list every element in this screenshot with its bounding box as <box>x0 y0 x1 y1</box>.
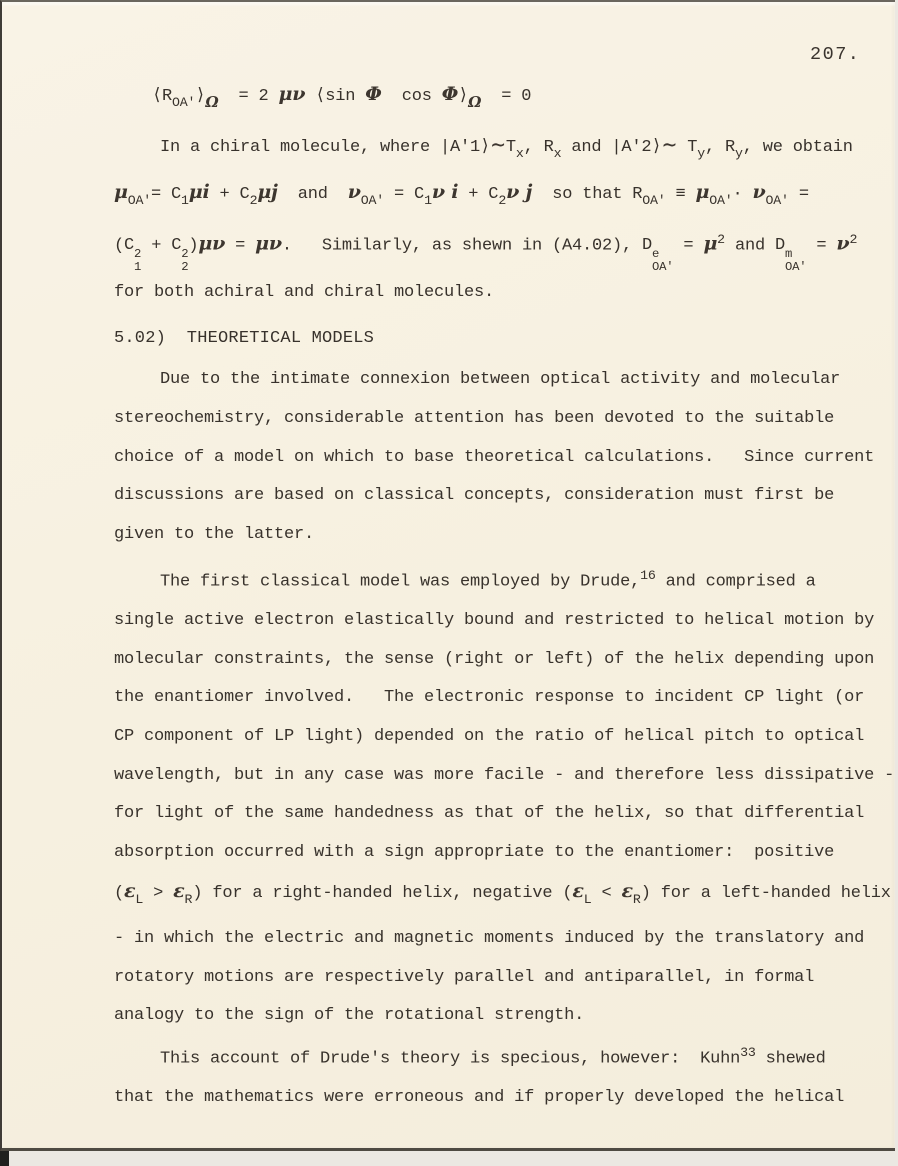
equation-rotational-strength: ⟨ROA'⟩Ω = 2 μν ⟨sin Φ cos Φ⟩Ω = 0 <box>152 74 867 123</box>
text-line: rotatory motions are respectively parall… <box>114 959 867 998</box>
text-line: stereochemistry, considerable attention … <box>114 400 867 439</box>
text-line: wavelength, but in any case was more fac… <box>114 757 867 796</box>
text-line: molecular constraints, the sense (right … <box>114 641 867 680</box>
text-line: - in which the electric and magnetic mom… <box>114 920 867 959</box>
text-line: The first classical model was employed b… <box>114 557 867 602</box>
page-corner-shadow <box>0 1151 9 1166</box>
stacked-symbol: DmOA' <box>775 227 806 274</box>
section-heading: 5.02) THEORETICAL MODELS <box>114 319 867 359</box>
text-line: for light of the same handedness as that… <box>114 795 867 834</box>
text-line: In a chiral molecule, where |A'1⟩∼Tx, Rx… <box>114 126 867 173</box>
text-line: μOA'= C1μi + C2μj and νOA' = C1ν i + C2ν… <box>114 173 867 220</box>
paragraph-theoretical-models: Due to the intimate connexion between op… <box>114 361 867 555</box>
scan-background: { "page": { "number": "207." }, "colors"… <box>0 0 898 1166</box>
text-line: ⟨ROA'⟩Ω = 2 μν ⟨sin Φ cos Φ⟩Ω = 0 <box>152 74 867 123</box>
stacked-symbol: C21 <box>124 227 141 274</box>
document-page: 207. ⟨ROA'⟩Ω = 2 μν ⟨sin Φ cos Φ⟩Ω = 0In… <box>0 0 895 1151</box>
page-number: 207. <box>810 44 860 65</box>
text-line: This account of Drude's theory is specio… <box>114 1034 867 1079</box>
text-line: choice of a model on which to base theor… <box>114 439 867 478</box>
paragraph-drude-model: The first classical model was employed b… <box>114 557 867 1036</box>
stacked-symbol: DeOA' <box>642 227 673 274</box>
text-line: analogy to the sign of the rotational st… <box>114 997 867 1036</box>
text-line: discussions are based on classical conce… <box>114 477 867 516</box>
text-line: for both achiral and chiral molecules. <box>114 274 867 312</box>
text-line: 5.02) THEORETICAL MODELS <box>114 319 867 359</box>
text-line: Due to the intimate connexion between op… <box>114 361 867 400</box>
text-line: CP component of LP light) depended on th… <box>114 718 867 757</box>
paragraph-kuhn-critique: This account of Drude's theory is specio… <box>114 1034 867 1118</box>
text-line: the enantiomer involved. The electronic … <box>114 679 867 718</box>
text-line: (C21 + C22)μν = μν. Similarly, as shewn … <box>114 221 867 275</box>
stacked-symbol: C22 <box>171 227 188 274</box>
text-line: (εL > εR) for a right-handed helix, nega… <box>114 872 867 920</box>
text-line: given to the latter. <box>114 516 867 555</box>
text-line: single active electron elastically bound… <box>114 602 867 641</box>
text-line: absorption occurred with a sign appropri… <box>114 834 867 873</box>
text-line: that the mathematics were erroneous and … <box>114 1079 867 1118</box>
paragraph-chiral-molecule: In a chiral molecule, where |A'1⟩∼Tx, Rx… <box>114 126 867 313</box>
